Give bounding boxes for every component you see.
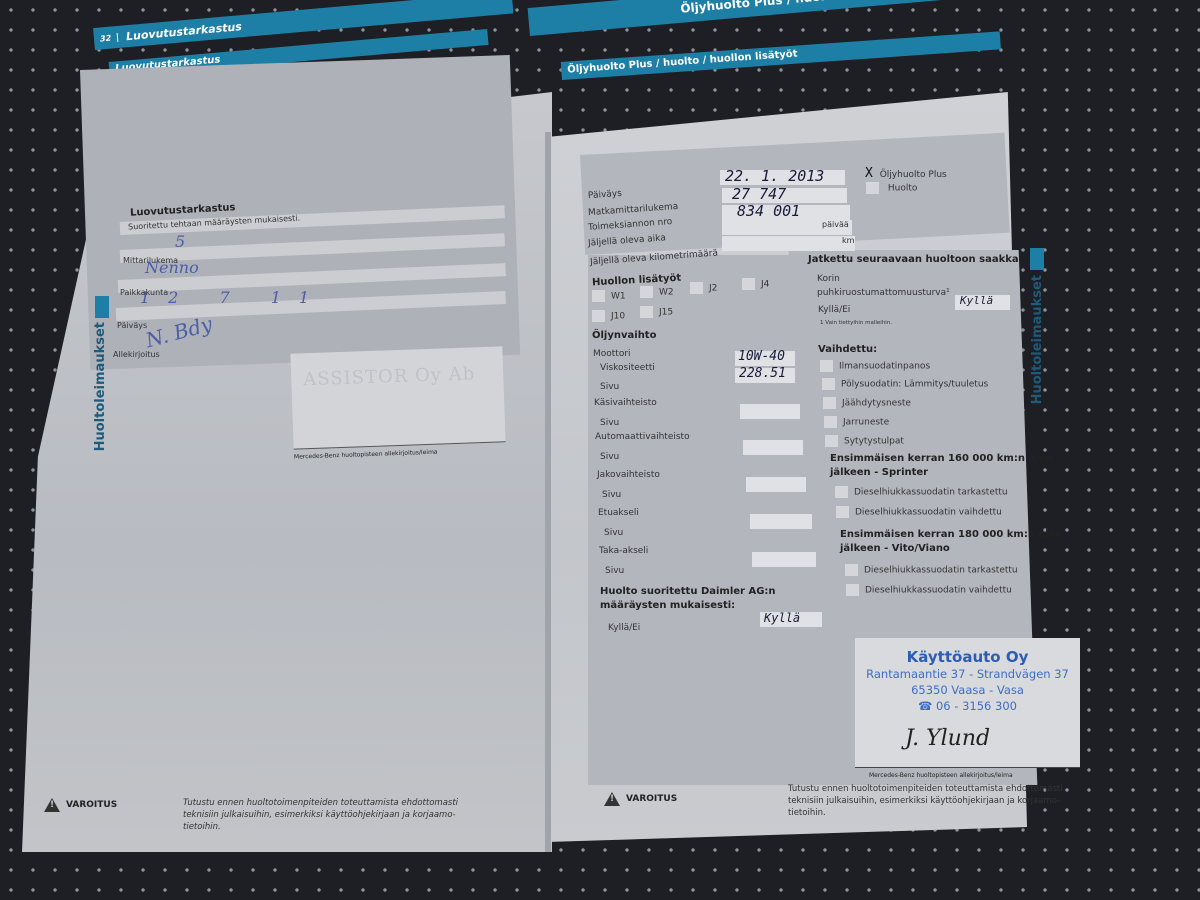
front-axle-label: Etuakseli xyxy=(598,508,639,518)
manual-gearbox-label: Käsivaihteisto xyxy=(594,398,657,408)
page-ref-value: 228.51 xyxy=(739,366,786,381)
checkbox-icon xyxy=(836,506,849,518)
service-type-huolto[interactable]: Huolto xyxy=(866,182,917,194)
replaced-cabin-filter[interactable]: Pölysuodatin: Lämmitys/tuuletus xyxy=(822,378,988,390)
checkbox-icon xyxy=(845,564,858,576)
remaining-time-unit: päivää xyxy=(822,220,849,229)
extra-work-j4[interactable]: J4 xyxy=(742,278,769,290)
vito-dpf-checked[interactable]: Dieselhiukkassuodatin tarkastettu xyxy=(845,564,1018,576)
warning-triangle-icon xyxy=(604,792,620,806)
left-warning-label: VAROITUS xyxy=(66,800,117,810)
sprinter-title: Ensimmäisen kerran 160 000 km:n ajon jäl… xyxy=(830,452,1055,480)
sprinter-dpf-replaced[interactable]: Dieselhiukkassuodatin vaihdettu xyxy=(836,506,1002,518)
front-axle-page-label: Sivu xyxy=(604,528,623,538)
date-value: 12 7 11 xyxy=(140,288,327,307)
checkbox-icon xyxy=(592,290,605,302)
replaced-title: Vaihdettu: xyxy=(818,344,877,355)
replaced-air-filter[interactable]: Ilmansuodatinpanos xyxy=(820,360,930,372)
dealer-phone: ☎ 06 - 3156 300 xyxy=(855,698,1080,714)
signature-label: Allekirjoitus xyxy=(113,350,160,359)
automatic-gearbox-label: Automaattivaihteisto xyxy=(595,432,690,442)
dealer-address: Rantamaantie 37 - Strandvägen 37 xyxy=(855,666,1080,682)
checkbox-icon xyxy=(640,286,653,298)
page-ref-label: Sivu xyxy=(600,382,619,392)
transfer-case-page-label: Sivu xyxy=(602,490,621,500)
location-value: Nenno xyxy=(145,258,199,277)
extra-work-j10[interactable]: J10 xyxy=(592,310,625,322)
daimler-title: Huolto suoritettu Daimler AG:n määräyste… xyxy=(600,585,820,613)
replaced-spark-plugs[interactable]: Sytytystulpat xyxy=(825,435,904,447)
left-side-tab-label: Huoltoleimaukset xyxy=(93,322,108,451)
date-value: 22. 1. 2013 xyxy=(725,167,824,185)
dealer-stamp-caption: Mercedes-Benz huoltopisteen allekirjoitu… xyxy=(869,772,1013,779)
left-stamp-text: ASSISTOR Oy Ab xyxy=(303,363,476,390)
left-page-title: Luovutustarkastus xyxy=(125,20,242,43)
odometer-value: 5 xyxy=(175,232,185,251)
checkbox-icon xyxy=(866,182,879,194)
daimler-label: Kyllä/Ei xyxy=(608,623,640,633)
left-warning: VAROITUS xyxy=(44,798,117,812)
right-warning-label: VAROITUS xyxy=(626,794,677,804)
order-number-value: 834 001 xyxy=(737,202,800,220)
rear-axle-page-label: Sivu xyxy=(605,566,624,576)
left-stamp-box: ASSISTOR Oy Ab Mercedes-Benz huoltopiste… xyxy=(290,346,505,449)
vito-dpf-replaced[interactable]: Dieselhiukkassuodatin vaihdettu xyxy=(846,584,1012,596)
checkbox-icon xyxy=(820,360,833,372)
checkbox-icon xyxy=(823,397,836,409)
remaining-km-unit: km xyxy=(842,236,854,245)
sprinter-dpf-checked[interactable]: Dieselhiukkassuodatin tarkastettu xyxy=(835,486,1008,498)
right-page-title: Öljyhuolto Plus / huolto / huollon lisät… xyxy=(680,0,957,16)
checkmark-x-icon: X xyxy=(865,166,873,181)
replaced-coolant[interactable]: Jäähdytysneste xyxy=(823,397,911,409)
right-warning-text: Tutustu ennen huoltotoimenpiteiden toteu… xyxy=(788,783,1078,819)
dealer-name: Käyttöauto Oy xyxy=(855,648,1080,666)
warning-triangle-icon xyxy=(44,798,60,812)
extra-work-j15[interactable]: J15 xyxy=(640,306,673,318)
right-warning: VAROITUS xyxy=(604,792,677,806)
continued-title: Jatkettu seuraavaan huoltoon saakka xyxy=(808,254,1019,265)
engine-label: Moottori xyxy=(593,349,631,359)
right-side-tab-label: Huoltoleimaukset xyxy=(1030,275,1045,404)
checkbox-icon xyxy=(824,416,837,428)
dealer-city: 65350 Vaasa - Vasa xyxy=(855,682,1080,698)
viscosity-label: Viskositeetti xyxy=(600,363,655,373)
extra-work-w2[interactable]: W2 xyxy=(640,286,674,298)
right-side-tab-marker xyxy=(1030,248,1044,270)
checkbox-icon xyxy=(825,435,838,447)
dealer-stamp: Käyttöauto Oy Rantamaantie 37 - Strandvä… xyxy=(855,638,1080,768)
manual-gearbox-page-label: Sivu xyxy=(600,418,619,428)
extra-work-j2[interactable]: J2 xyxy=(690,282,717,294)
booklet-spine xyxy=(545,132,551,852)
left-warning-text: Tutustu ennen huoltotoimenpiteiden toteu… xyxy=(183,797,483,833)
checkbox-icon xyxy=(846,584,859,596)
continued-footnote: 1 Vain tiettyihin malleihin. xyxy=(820,320,892,326)
oil-change-title: Öljynvaihto xyxy=(592,330,656,341)
dealer-signature: J. Ylund xyxy=(905,726,990,751)
checkbox-icon xyxy=(835,486,848,498)
checkbox-icon xyxy=(640,306,653,318)
right-page-header: Öljyhuolto Plus / huolto / huollon lisät… xyxy=(528,0,999,36)
continued-value: Kyllä xyxy=(960,294,993,307)
continued-label: Kyllä/Ei xyxy=(818,305,850,315)
left-page-number: 32 xyxy=(100,32,119,43)
left-side-tab-marker xyxy=(95,296,109,318)
extra-work-w1[interactable]: W1 xyxy=(592,290,626,302)
viscosity-value: 10W-40 xyxy=(738,349,785,364)
continued-item: Korin puhkiruostumattomuusturva¹ xyxy=(817,272,927,300)
vito-title: Ensimmäisen kerran 180 000 km:n ajon jäl… xyxy=(840,528,1065,556)
transfer-case-label: Jakovaihteisto xyxy=(597,470,660,480)
checkbox-icon xyxy=(690,282,703,294)
checkbox-icon xyxy=(592,310,605,322)
automatic-gearbox-page-label: Sivu xyxy=(600,452,619,462)
replaced-brake-fluid[interactable]: Jarruneste xyxy=(824,416,889,428)
service-type-oil-plus[interactable]: X Öljyhuolto Plus xyxy=(865,166,947,181)
checkbox-icon xyxy=(822,378,835,390)
daimler-value: Kyllä xyxy=(764,611,800,625)
checkbox-icon xyxy=(742,278,755,290)
rear-axle-label: Taka-akseli xyxy=(599,546,648,556)
odometer-value: 27 747 xyxy=(732,185,786,203)
right-section-bar: Öljyhuolto Plus / huolto / huollon lisät… xyxy=(561,31,1001,80)
